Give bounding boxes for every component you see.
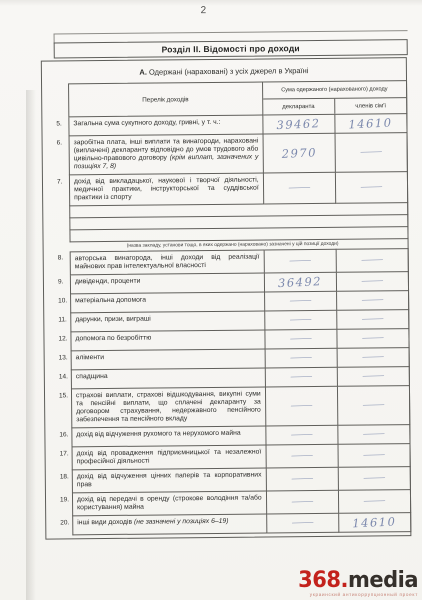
row-text: Загальна сума сукупного доходу, гривні, … xyxy=(73,119,220,127)
handwritten-dash: — xyxy=(289,353,314,364)
row-number: 17. xyxy=(59,447,72,470)
row-text: аліменти xyxy=(76,354,104,361)
column-header-income-list: Перелік доходів xyxy=(68,81,263,117)
table-row-20: 20. інші види доходів (не зазначені у по… xyxy=(59,513,411,535)
declarant-value-cell: — xyxy=(265,292,337,312)
row-description: спадщина xyxy=(71,368,266,389)
row-description: дохід від передачі в оренду (строкове во… xyxy=(72,491,267,516)
row-number: 9. xyxy=(57,275,70,294)
row-description: страхові виплати, страхові відшкодування… xyxy=(71,387,266,428)
row-text: страхові виплати, страхові відшкодування… xyxy=(76,391,261,424)
column-header-declarant: декларанта xyxy=(263,99,335,115)
row-description: Загальна сума сукупного доходу, гривні, … xyxy=(68,115,263,136)
handwritten-value: 14610 xyxy=(352,514,397,530)
row-description: дохід від відчуження цінних паперів та к… xyxy=(72,468,267,493)
family-value-cell: — xyxy=(335,133,408,173)
row-number: 20. xyxy=(59,516,72,535)
row-text: дохід від відчуження рухомого та нерухом… xyxy=(76,430,240,439)
subsection-letter: А. xyxy=(139,68,147,77)
row-text: дивіденди, проценти xyxy=(75,278,141,286)
declarant-value-cell: 39462 xyxy=(263,115,335,135)
handwritten-dash: — xyxy=(359,182,384,193)
family-value-cell: — xyxy=(336,172,408,204)
declarant-value-cell: — xyxy=(265,349,337,369)
row-number: 6. xyxy=(56,136,69,175)
row-number: 11. xyxy=(57,313,70,332)
table-row-18: 18. дохід від відчуження цінних паперів … xyxy=(59,467,411,493)
handwritten-value: 36492 xyxy=(278,274,323,290)
row-number: 12. xyxy=(57,332,70,351)
family-value-cell: 14610 xyxy=(335,114,407,134)
row-number: 7. xyxy=(56,175,69,206)
row-text: дарунки, призи, виграші xyxy=(75,316,151,324)
declarant-value-cell: — xyxy=(264,249,336,274)
income-table-lower: 8. авторська винагорода, інші доходи від… xyxy=(57,248,412,535)
table-row-8: 8. авторська винагорода, інші доходи від… xyxy=(57,248,409,275)
income-table-upper: Перелік доходів Сума одержаного (нарахов… xyxy=(55,80,409,242)
handwritten-dash: — xyxy=(288,296,313,307)
handwritten-dash: — xyxy=(287,183,312,194)
row-text: допомога по безробіттю xyxy=(75,335,151,343)
column-header-family: членів сім'ї xyxy=(335,98,406,114)
368media-logo: 368.media xyxy=(298,568,418,591)
scanned-document: 2 Розділ II. Відомості про доходи А. Оде… xyxy=(0,0,422,600)
handwritten-dash: — xyxy=(361,371,386,382)
row-description: допомога по безробіттю xyxy=(70,330,265,351)
handwritten-dash: — xyxy=(289,451,314,462)
row-text: спадщина xyxy=(76,373,108,380)
page-number: 2 xyxy=(0,3,409,18)
row-text: дохід від відчуження цінних паперів та к… xyxy=(77,472,262,489)
institution-blank-row xyxy=(56,227,408,242)
row-text: дохід від провадження підприємницької та… xyxy=(77,449,262,466)
row-description: аліменти xyxy=(71,349,266,370)
table-row-6: 6. заробітна плата, інші виплати та вина… xyxy=(56,133,408,175)
row-number: 14. xyxy=(58,370,71,389)
handwritten-dash: — xyxy=(359,147,384,158)
row-number: 16. xyxy=(58,428,71,447)
family-value-cell: — xyxy=(339,490,411,514)
handwritten-dash: — xyxy=(288,315,313,326)
row-description: дохід від викладацької, наукової і творч… xyxy=(69,173,264,206)
handwritten-dash: — xyxy=(360,295,385,306)
declarant-value-cell: — xyxy=(267,514,339,534)
table-header-row: Перелік доходів Сума одержаного (нарахов… xyxy=(55,80,407,117)
declarant-value-cell: — xyxy=(266,426,338,446)
handwritten-dash: — xyxy=(362,496,387,507)
family-value-cell: — xyxy=(337,310,409,330)
row-description: матеріальна допомога xyxy=(70,292,265,313)
family-value-cell: — xyxy=(337,329,409,349)
column-header-sum-title: Сума одержаного (нарахованого) доходу xyxy=(263,81,407,99)
logo-media-dark: media xyxy=(348,567,418,592)
table-row-19: 19. дохід від передачі в оренду (строков… xyxy=(59,490,411,516)
row-text: дохід від передачі в оренду (строкове во… xyxy=(77,495,262,512)
handwritten-dash: — xyxy=(360,333,385,344)
family-value-cell: — xyxy=(338,386,411,426)
handwritten-dash: — xyxy=(362,450,387,461)
table-row-15: 15. страхові виплати, страхові відшкодув… xyxy=(58,386,410,428)
section-title: Розділ II. Відомості про доходи xyxy=(54,39,408,58)
logo-tagline: украинский антикоррупционный проект xyxy=(298,592,418,597)
declarant-value-cell: — xyxy=(266,445,338,469)
handwritten-dash: — xyxy=(361,352,386,363)
row-number-gutter xyxy=(56,230,69,242)
family-value-cell: — xyxy=(337,291,409,311)
handwritten-dash: — xyxy=(362,473,387,484)
row-description: заробітна плата, інші виплати та винагор… xyxy=(69,134,264,175)
row-description: авторська винагорода, інші доходи від ре… xyxy=(70,249,265,275)
family-value-cell: — xyxy=(339,467,411,491)
handwritten-value: 39462 xyxy=(276,116,321,132)
subsection-title: А. Одержані (нараховані) з усіх джерел в… xyxy=(42,65,406,77)
logo-368-red: 368. xyxy=(298,567,348,592)
declarant-value-cell: — xyxy=(266,387,339,427)
table-row-17: 17. дохід від провадження підприємницько… xyxy=(59,444,411,470)
row-text: авторська винагорода, інші доходи від ре… xyxy=(75,254,260,271)
table-row-7: 7. дохід від викладацької, наукової і тв… xyxy=(56,172,408,206)
handwritten-dash: — xyxy=(290,474,315,485)
handwritten-dash: — xyxy=(290,518,315,529)
row-number-gutter xyxy=(56,206,69,218)
handwritten-value: 2970 xyxy=(281,145,317,161)
row-number: 18. xyxy=(59,470,72,493)
row-number-gutter xyxy=(55,83,68,117)
column-header-sum-group: Сума одержаного (нарахованого) доходу де… xyxy=(263,80,408,115)
family-value-cell: — xyxy=(338,425,410,445)
handwritten-dash: — xyxy=(289,372,314,383)
row-description: дохід від провадження підприємницької та… xyxy=(72,445,267,470)
sum-subcolumns: декларанта членів сім'ї xyxy=(263,98,407,114)
family-value-cell: — xyxy=(338,444,410,468)
handwritten-dash: — xyxy=(289,430,314,441)
row-text-italic: (не зазначені у позиціях 6–19) xyxy=(134,518,228,526)
handwritten-dash: — xyxy=(360,276,385,287)
declarant-value-cell: 36492 xyxy=(265,273,337,293)
row-text: інші види доходів xyxy=(77,519,134,527)
row-number: 19. xyxy=(59,493,72,516)
row-number: 13. xyxy=(58,351,71,370)
row-description: інші види доходів (не зазначені у позиці… xyxy=(72,514,267,535)
handwritten-dash: — xyxy=(361,400,386,411)
family-value-cell: — xyxy=(338,367,410,387)
family-value-cell: 14610 xyxy=(339,513,411,533)
row-number-gutter xyxy=(56,218,69,230)
declarant-value-cell: — xyxy=(267,491,339,515)
handwritten-dash: — xyxy=(360,314,385,325)
declarant-value-cell: — xyxy=(265,368,337,388)
blank-fill-cell xyxy=(69,227,408,242)
handwritten-dash: — xyxy=(361,429,386,440)
handwritten-dash: — xyxy=(288,256,313,267)
row-number: 15. xyxy=(58,389,71,428)
handwritten-dash: — xyxy=(288,334,313,345)
declarant-value-cell: — xyxy=(265,311,337,331)
row-number: 10. xyxy=(57,294,70,313)
family-value-cell: — xyxy=(337,272,409,292)
row-description: дохід від відчуження рухомого та нерухом… xyxy=(71,426,266,447)
row-number: 5. xyxy=(55,117,68,136)
declarant-value-cell: 2970 xyxy=(263,134,336,174)
row-description: дарунки, призи, виграші xyxy=(70,311,265,332)
handwritten-dash: — xyxy=(290,497,315,508)
declarant-value-cell: — xyxy=(266,468,338,492)
handwritten-value: 14610 xyxy=(348,115,393,131)
watermark-368media: 368.media украинский антикоррупционный п… xyxy=(298,569,418,597)
row-number: 8. xyxy=(57,251,70,275)
family-value-cell: — xyxy=(337,348,409,368)
row-text: дохід від викладацької, наукової і творч… xyxy=(74,177,259,202)
declarant-value-cell: — xyxy=(265,330,337,350)
declarant-value-cell: — xyxy=(264,173,336,205)
family-value-cell: — xyxy=(336,248,408,273)
row-text: матеріальна допомога xyxy=(75,297,146,305)
top-divider-line xyxy=(54,30,408,34)
handwritten-dash: — xyxy=(360,255,385,266)
row-description: дивіденди, проценти xyxy=(70,273,265,294)
income-form-container: А. Одержані (нараховані) з усіх джерел в… xyxy=(41,57,412,539)
handwritten-dash: — xyxy=(289,401,314,412)
subsection-text: Одержані (нараховані) з усіх джерел в Ук… xyxy=(149,66,309,77)
